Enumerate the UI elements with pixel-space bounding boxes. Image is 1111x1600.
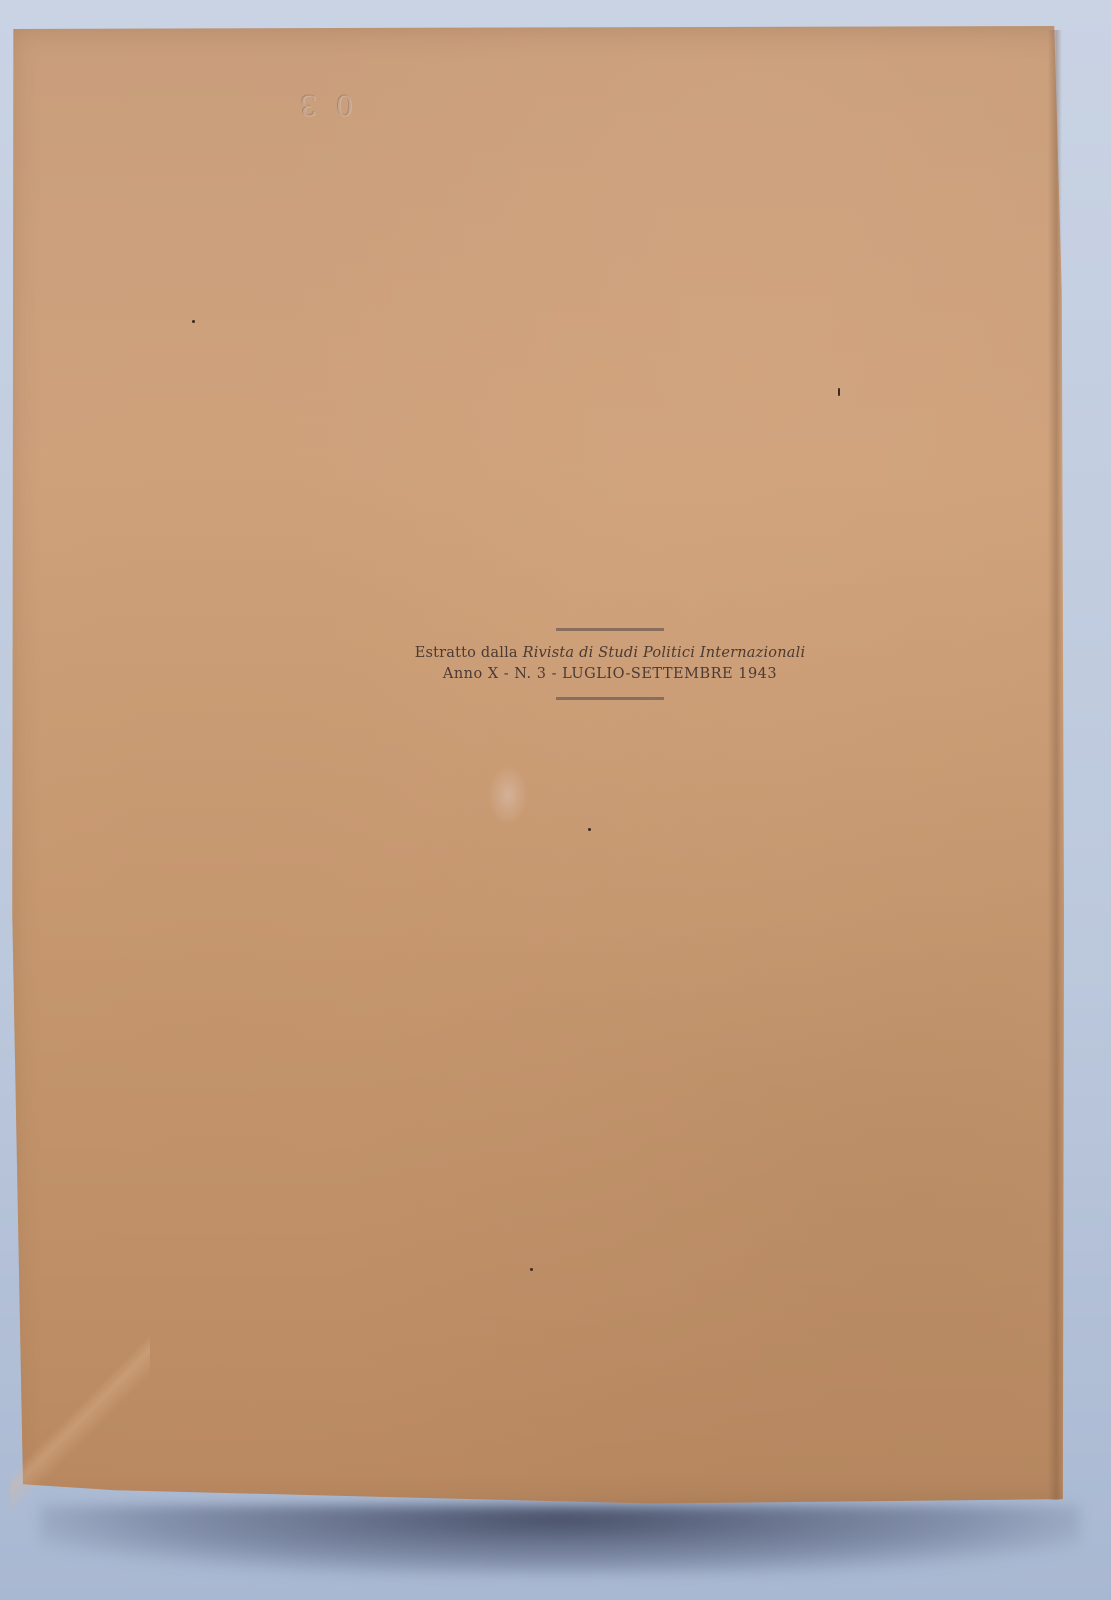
paper-stain [488,765,528,825]
paper-speck [192,320,195,323]
paper-shadow [40,1505,1080,1575]
embossed-marks: 3 0 [300,85,420,125]
document-cover [8,26,1080,1508]
source-line: Estratto dalla Rivista di Studi Politici… [370,643,850,663]
source-prefix: Estratto dalla [415,645,518,661]
emboss-mark: 0 [336,89,354,122]
issue-line: Anno X - N. 3 - LUGLIO-SETTEMBRE 1943 [370,663,850,685]
divider-rule [556,697,664,700]
paper-speck [838,388,840,396]
offprint-notice: Estratto dalla Rivista di Studi Politici… [370,628,850,700]
paper-speck [588,828,591,831]
paper-edge [1048,30,1062,1500]
paper-speck [530,1268,533,1271]
divider-rule [556,628,664,631]
journal-title: Rivista di Studi Politici Internazionali [523,645,806,661]
paper-crease [10,1330,150,1510]
emboss-mark: 3 [300,89,318,122]
